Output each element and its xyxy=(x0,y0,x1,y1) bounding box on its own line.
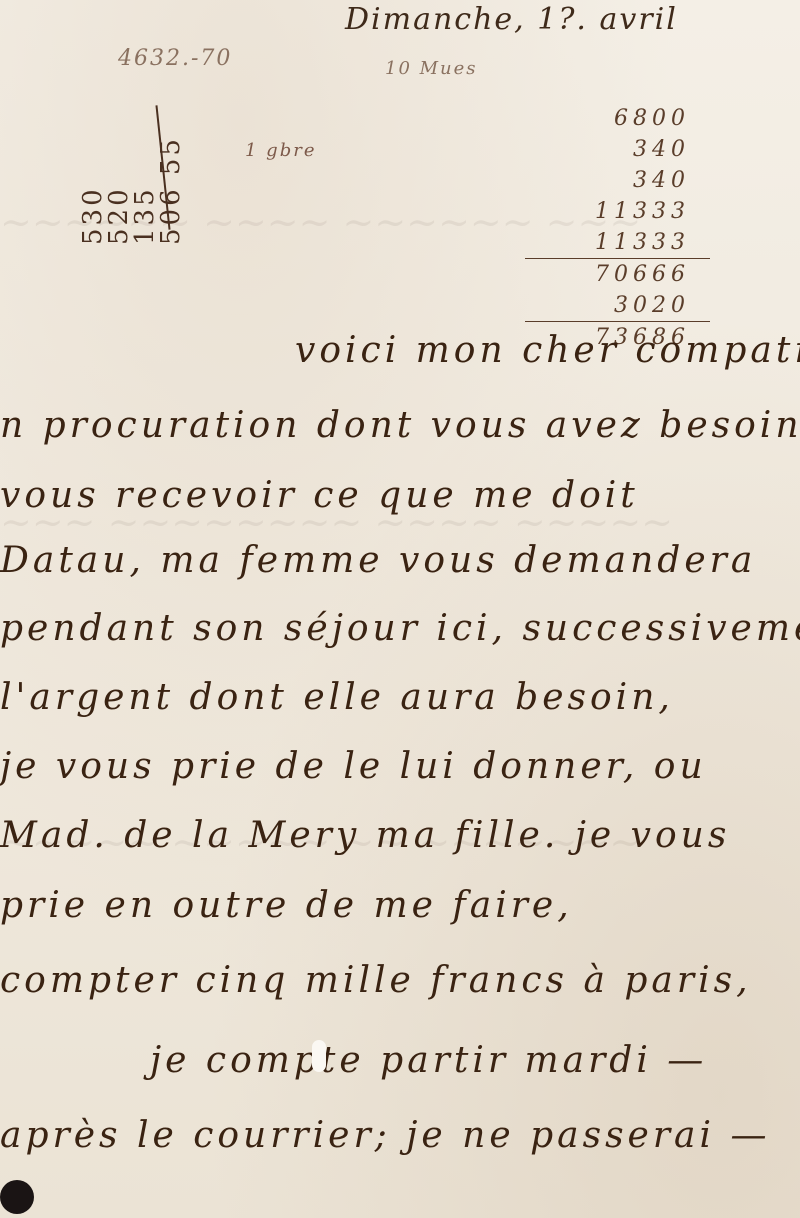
addition-column: 6800 340 340 11333 11333 70666 3020 7368… xyxy=(530,103,710,353)
paper-hole xyxy=(312,1040,326,1072)
sum-row: 11333 xyxy=(530,227,690,258)
calc-row: 530 xyxy=(80,136,106,245)
letter-line: Datau, ma femme vous demandera xyxy=(0,540,756,581)
calc-row: 135 xyxy=(132,136,158,245)
manuscript-page: ~~~~~~ ~~~~ ~~~~~~ ~~~ ~~~ ~~~~~~~~ ~~~~… xyxy=(0,0,800,1218)
calc-row: 520 xyxy=(106,136,132,245)
sum-row: 340 xyxy=(530,134,690,165)
letter-line: compter cinq mille francs à paris, xyxy=(0,960,752,1001)
letter-line: pendant son séjour ici, successivement xyxy=(0,608,800,649)
letter-line: prie en outre de me faire, xyxy=(0,885,573,926)
rotated-calculation: 530 520 135 506 55 xyxy=(80,105,200,265)
sum-subtotal: 70666 xyxy=(530,259,690,290)
letter-line: n procuration dont vous avez besoin xyxy=(0,405,800,446)
sum-row: 11333 xyxy=(530,196,690,227)
ink-blot xyxy=(0,1180,34,1214)
letter-line: Mad. de la Mery ma fille. je vous xyxy=(0,815,730,856)
sum-added: 3020 xyxy=(530,290,690,321)
letter-line: je vous prie de le lui donner, ou xyxy=(0,746,707,787)
sum-row: 6800 xyxy=(530,103,690,134)
pencil-number: 4632.-70 xyxy=(118,46,232,71)
letter-line: l'argent dont elle aura besoin, xyxy=(0,677,674,718)
red-ink-note: 1 gbre xyxy=(245,140,316,161)
letter-line: voici mon cher compatriote xyxy=(295,330,800,371)
letter-line: après le courrier; je ne passerai — xyxy=(0,1115,770,1156)
letter-line: vous recevoir ce que me doit xyxy=(0,475,639,516)
sum-row: 340 xyxy=(530,165,690,196)
pencil-note: 10 Mues xyxy=(385,58,478,79)
letter-line: je compte partir mardi — xyxy=(150,1040,707,1081)
letter-date: Dimanche, 1?. avril xyxy=(345,2,678,37)
